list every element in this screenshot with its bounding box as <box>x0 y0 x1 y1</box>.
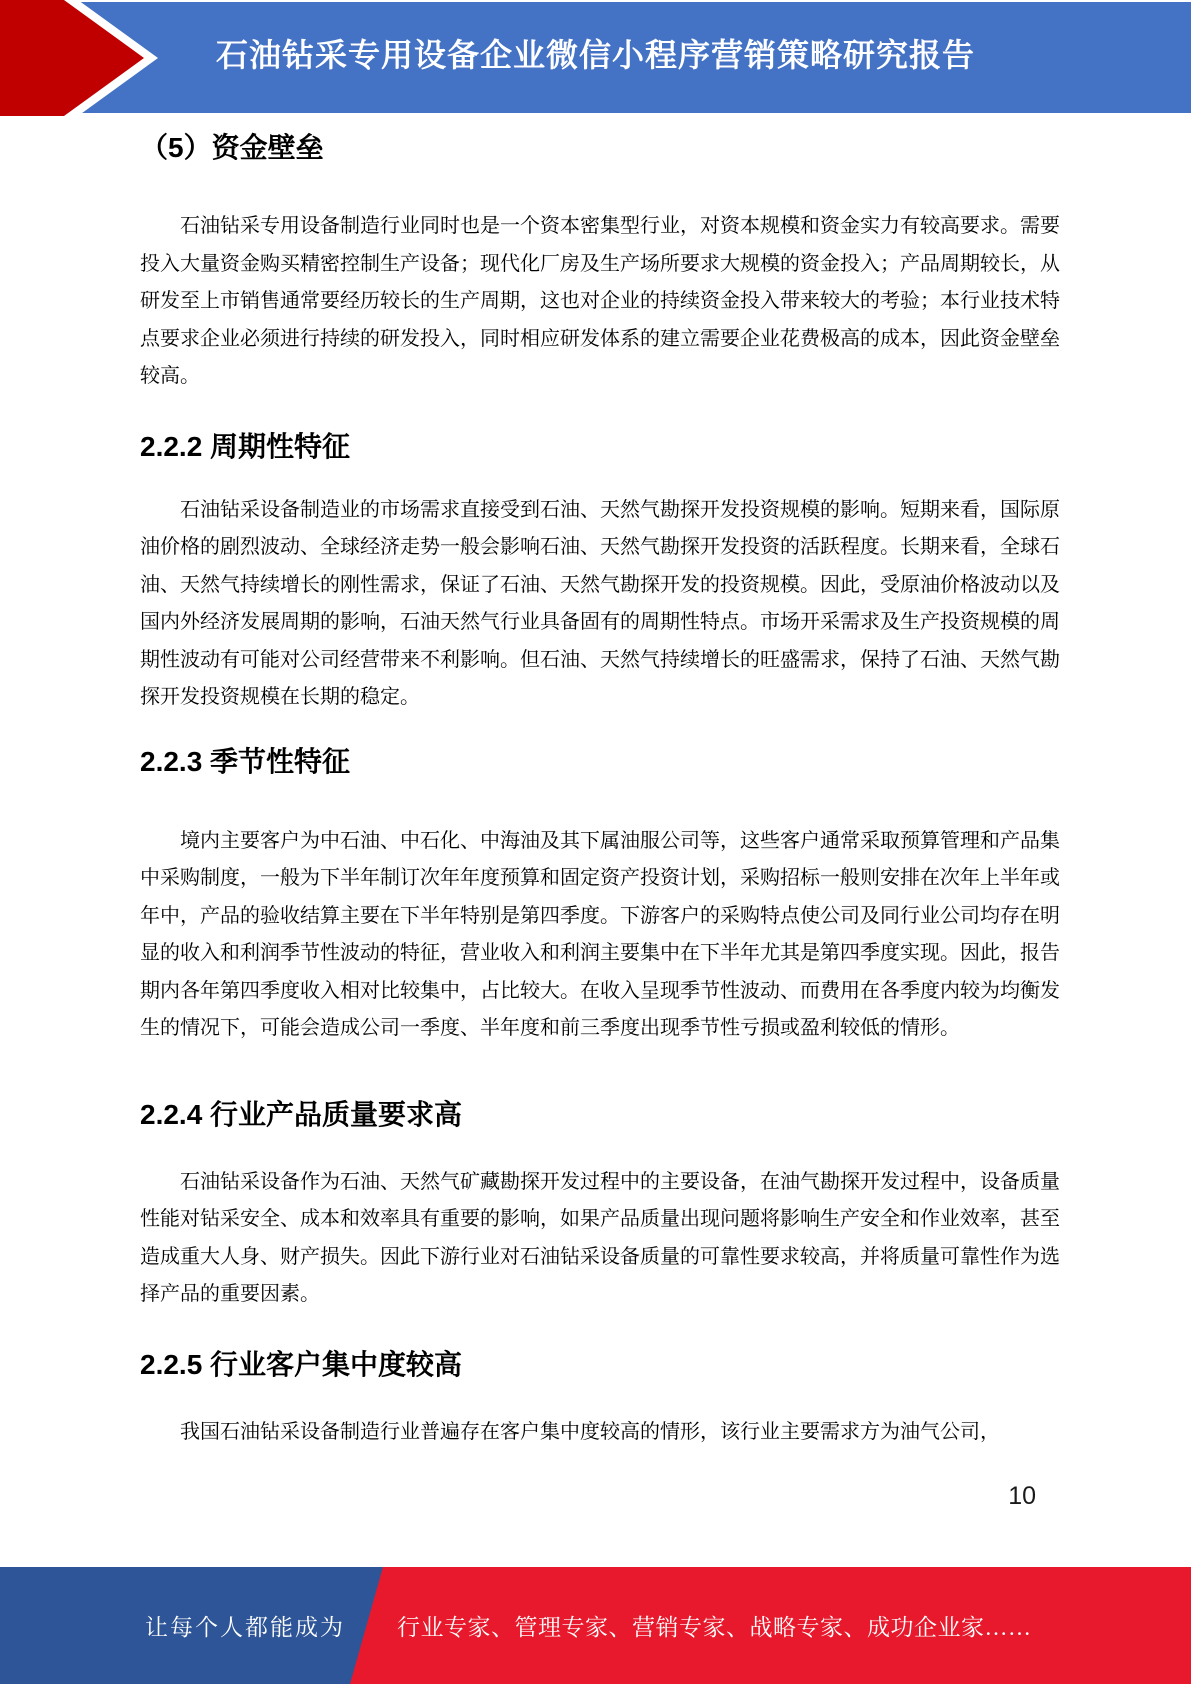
report-title: 石油钻采专用设备企业微信小程序营销策略研究报告 <box>216 30 975 86</box>
section-heading-quality-requirements: 2.2.4 行业产品质量要求高 <box>140 1098 1060 1132</box>
section-heading-customer-concentration: 2.2.5 行业客户集中度较高 <box>140 1348 1060 1382</box>
footer-slogan-left: 让每个人都能成为 <box>145 1567 345 1684</box>
section-heading-seasonality: 2.2.3 季节性特征 <box>140 745 1060 779</box>
paragraph-customer-concentration: 我国石油钻采设备制造行业普遍存在客户集中度较高的情形，该行业主要需求方为油气公司… <box>140 1414 1060 1452</box>
footer-banner: 让每个人都能成为 行业专家、管理专家、营销专家、战略专家、成功企业家…… <box>0 1567 1191 1684</box>
paragraph-cyclicality: 石油钻采设备制造业的市场需求直接受到石油、天然气勘探开发投资规模的影响。短期来看… <box>140 492 1060 717</box>
document-body: （5）资金壁垒 石油钻采专用设备制造行业同时也是一个资本密集型行业，对资本规模和… <box>140 113 1060 1515</box>
section-heading-funding-barrier: （5）资金壁垒 <box>140 131 1060 165</box>
header-banner: 石油钻采专用设备企业微信小程序营销策略研究报告 <box>0 2 1191 113</box>
footer-slogan-right: 行业专家、管理专家、营销专家、战略专家、成功企业家…… <box>397 1567 1032 1684</box>
report-page: 石油钻采专用设备企业微信小程序营销策略研究报告 （5）资金壁垒 石油钻采专用设备… <box>0 0 1191 1684</box>
paragraph-quality-requirements: 石油钻采设备作为石油、天然气矿藏勘探开发过程中的主要设备，在油气勘探开发过程中，… <box>140 1164 1060 1314</box>
paragraph-funding-barrier: 石油钻采专用设备制造行业同时也是一个资本密集型行业，对资本规模和资金实力有较高要… <box>140 208 1060 396</box>
section-heading-cyclicality: 2.2.2 周期性特征 <box>140 430 1060 464</box>
page-number: 10 <box>140 1477 1060 1515</box>
paragraph-seasonality: 境内主要客户为中石油、中石化、中海油及其下属油服公司等，这些客户通常采取预算管理… <box>140 823 1060 1048</box>
